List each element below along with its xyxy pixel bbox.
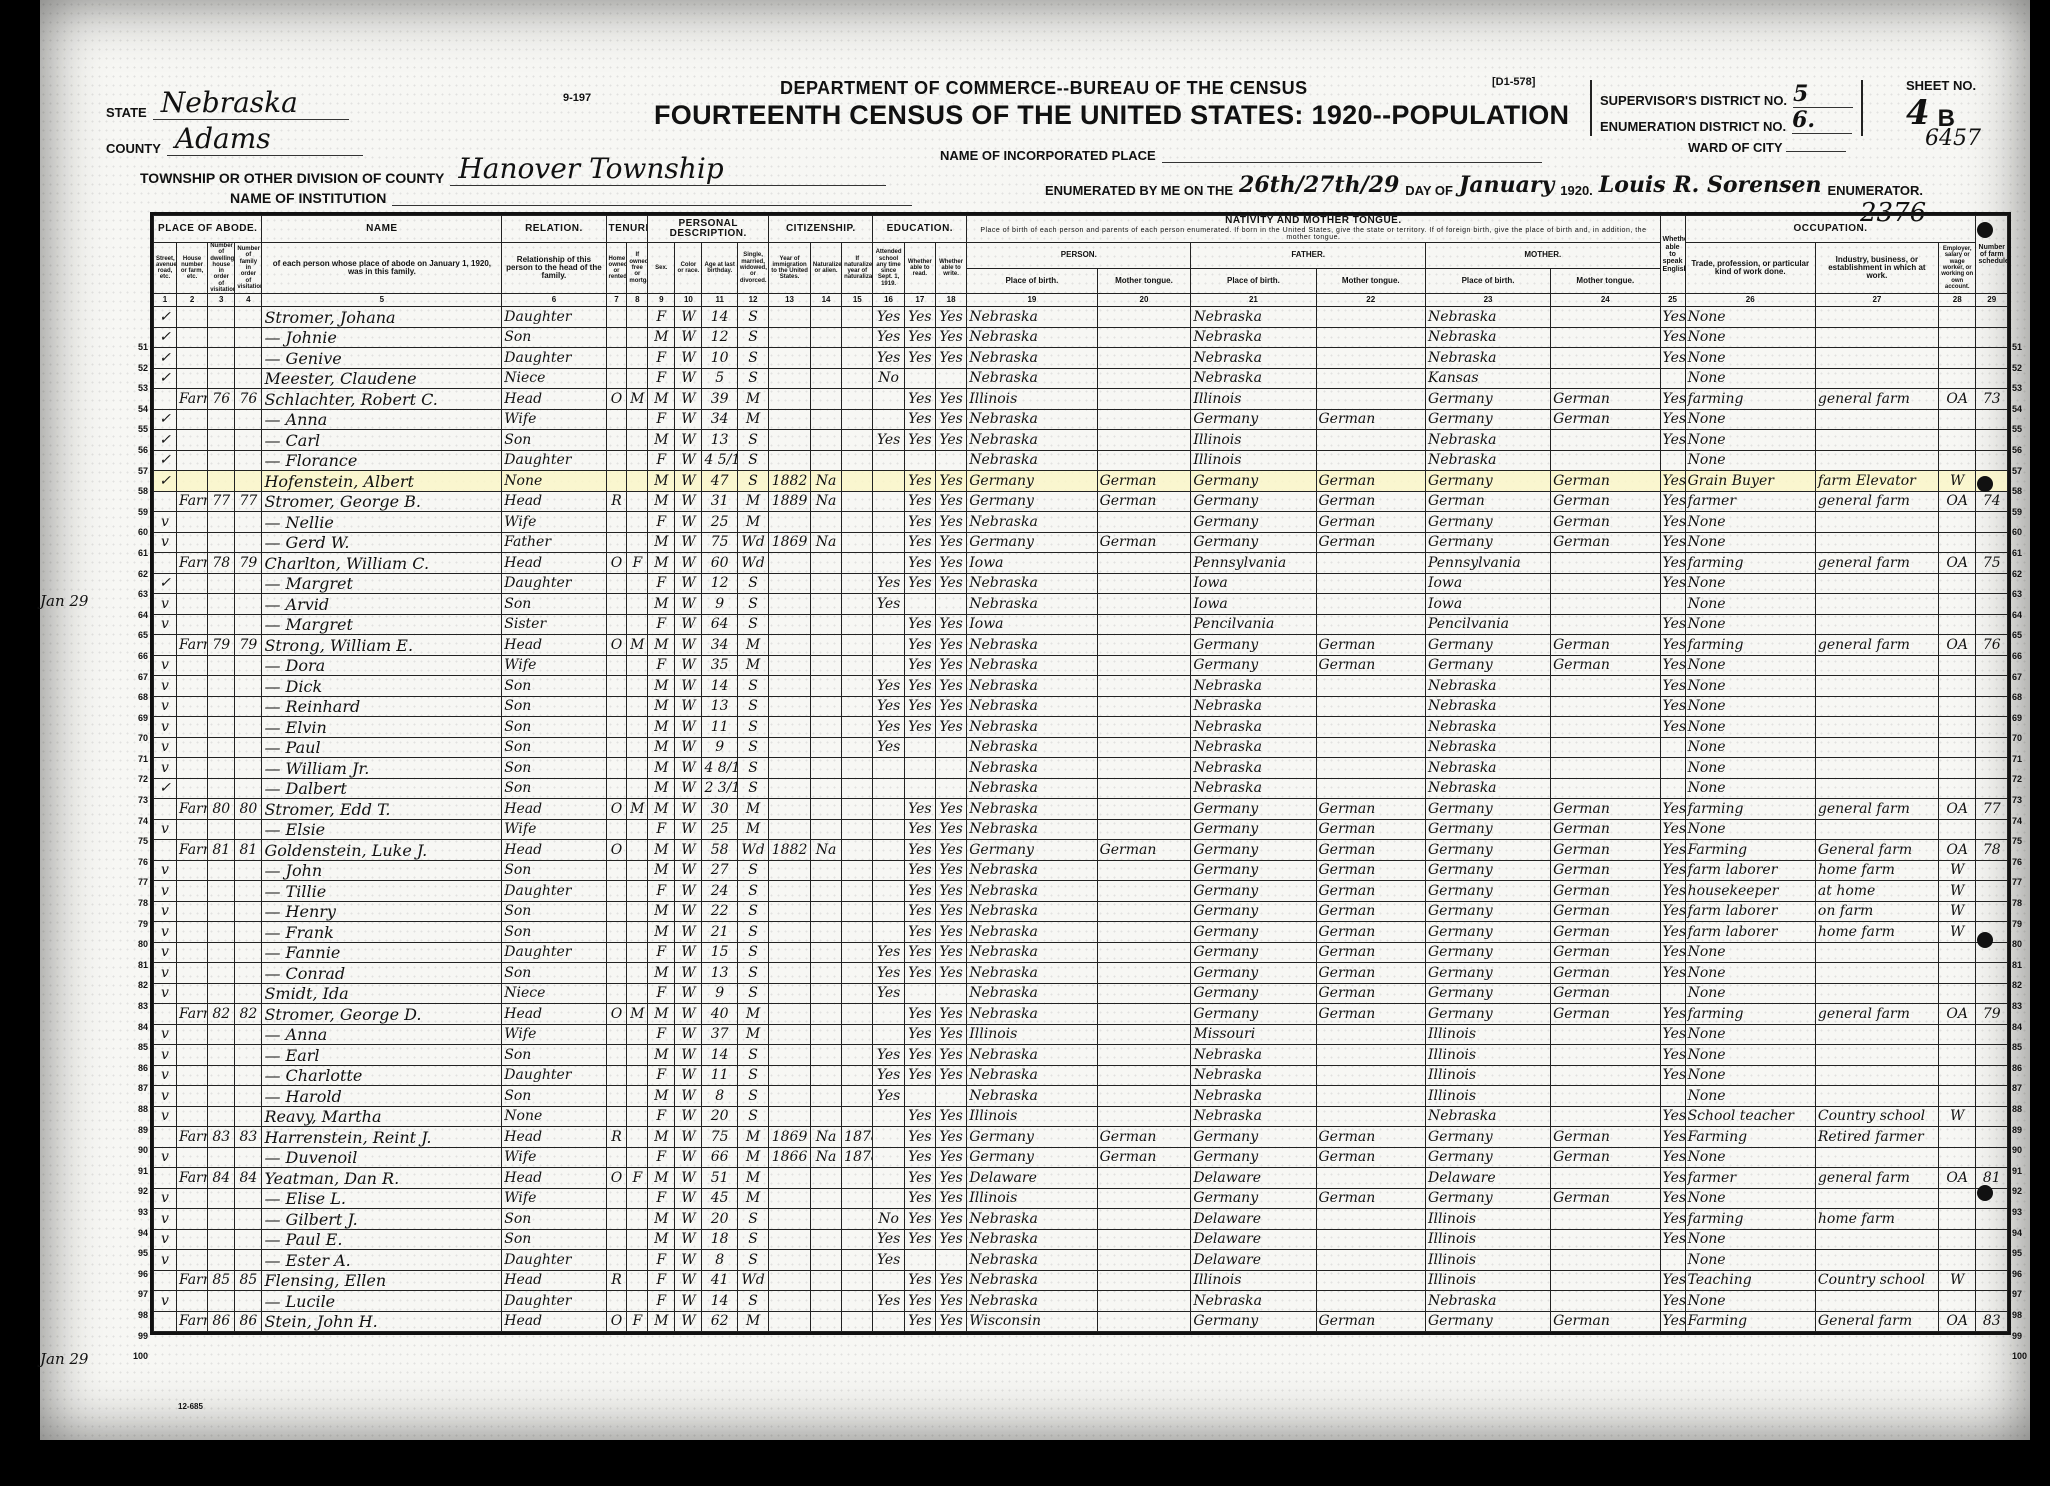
cell-age: 24 <box>702 881 737 902</box>
cell-industry <box>1815 1147 1938 1168</box>
cell-m-pob: Pencilvania <box>1425 614 1550 635</box>
cell-english: Yes <box>1660 389 1685 410</box>
cell-english: Yes <box>1660 512 1685 533</box>
cell-marital: S <box>737 1229 768 1250</box>
cell-marital: S <box>737 573 768 594</box>
line-number: 88 <box>2012 1099 2034 1120</box>
cell-write <box>935 737 966 758</box>
cell-farm <box>1976 901 2008 922</box>
line-number: 67 <box>2012 667 2034 688</box>
cell-house <box>176 819 207 840</box>
cell-farm <box>1976 1147 2008 1168</box>
column-number: 13 <box>769 294 811 307</box>
cell-marital: S <box>737 696 768 717</box>
footer-code: 12-685 <box>178 1402 203 1411</box>
cell-read: Yes <box>904 1270 935 1291</box>
cell-tongue <box>1097 512 1191 533</box>
cell-school <box>873 1311 904 1332</box>
cell-age: 27 <box>702 860 737 881</box>
cell-relation: Wife <box>502 512 606 533</box>
line-number: 76 <box>128 852 148 873</box>
cell-natur <box>810 327 841 348</box>
cell-english: Yes <box>1660 901 1685 922</box>
cell-natyr <box>842 717 873 738</box>
cell-mort <box>627 696 648 717</box>
cell-relation: Son <box>502 963 606 984</box>
cell-trade: None <box>1685 942 1815 963</box>
column-number: 29 <box>1976 294 2008 307</box>
cell-mort <box>627 901 648 922</box>
column-number: 19 <box>967 294 1097 307</box>
cell-industry: general farm <box>1815 799 1938 820</box>
cell-color: W <box>675 430 702 451</box>
cell-color: W <box>675 1168 702 1189</box>
cell-industry: Country school <box>1815 1106 1938 1127</box>
cell-color: W <box>675 1250 702 1271</box>
cell-own <box>606 963 627 984</box>
cell-school: Yes <box>873 676 904 697</box>
cell-industry: home farm <box>1815 1209 1938 1230</box>
cell-color: W <box>675 1229 702 1250</box>
cell-natur <box>810 1229 841 1250</box>
cell-f-tongue: German <box>1316 1188 1425 1209</box>
cell-industry <box>1815 1065 1938 1086</box>
cell-trade: None <box>1685 327 1815 348</box>
cell-industry: on farm <box>1815 901 1938 922</box>
cell-relation: Head <box>502 840 606 861</box>
cell-house <box>176 1250 207 1271</box>
cell-class <box>1938 1209 1976 1230</box>
cell-read: Yes <box>904 696 935 717</box>
header-relation-desc: Relationship of this person to the head … <box>502 243 606 294</box>
cell-write: Yes <box>935 573 966 594</box>
header-write: Whether able to write. <box>935 243 966 294</box>
cell-m-tongue <box>1551 368 1660 389</box>
cell-school: Yes <box>873 348 904 369</box>
cell-street: ✓ <box>154 471 177 492</box>
cell-dwelling <box>208 1106 235 1127</box>
cell-write: Yes <box>935 1045 966 1066</box>
cell-english: Yes <box>1660 696 1685 717</box>
cell-f-pob: Nebraska <box>1191 778 1316 799</box>
cell-class <box>1938 1188 1976 1209</box>
census-rows: ✓Stromer, JohanaDaughterFW14SYesYesYesNe… <box>154 307 2008 1332</box>
cell-tongue <box>1097 1229 1191 1250</box>
cell-street: ✓ <box>154 307 177 328</box>
cell-trade: farmer <box>1685 1168 1815 1189</box>
cell-age: 40 <box>702 1004 737 1025</box>
cell-sex: M <box>648 1168 675 1189</box>
cell-industry <box>1815 1045 1938 1066</box>
cell-sex: F <box>648 614 675 635</box>
cell-trade: farming <box>1685 389 1815 410</box>
cell-name: Reavy, Martha <box>262 1106 502 1127</box>
cell-dwelling <box>208 1209 235 1230</box>
cell-relation: Head <box>502 553 606 574</box>
header-naturalization-year: If naturalized, year of naturalization. <box>842 243 873 294</box>
cell-m-pob: Iowa <box>1425 594 1550 615</box>
cell-school <box>873 450 904 471</box>
cell-trade: None <box>1685 1065 1815 1086</box>
cell-write: Yes <box>935 676 966 697</box>
cell-school: Yes <box>873 1065 904 1086</box>
cell-f-tongue <box>1316 1209 1425 1230</box>
cell-f-pob: Germany <box>1191 1127 1316 1148</box>
enumeration-district-value: 6. <box>1792 107 1852 134</box>
cell-pob: Nebraska <box>967 737 1097 758</box>
cell-pob: Iowa <box>967 553 1097 574</box>
header-industry: Industry, business, or establishment in … <box>1815 243 1938 294</box>
table-row: Farm8080Stromer, Edd T.HeadOMMW30MYesYes… <box>154 799 2008 820</box>
cell-f-pob: Iowa <box>1191 594 1316 615</box>
cell-natyr <box>842 573 873 594</box>
cell-m-pob: Germany <box>1425 819 1550 840</box>
cell-natur <box>810 389 841 410</box>
cell-street: v <box>154 655 177 676</box>
cell-english: Yes <box>1660 1024 1685 1045</box>
cell-natyr <box>842 942 873 963</box>
cell-mort <box>627 1270 648 1291</box>
cell-dwelling <box>208 430 235 451</box>
cell-natur <box>810 1045 841 1066</box>
cell-english: Yes <box>1660 1291 1685 1312</box>
cell-own <box>606 512 627 533</box>
cell-farm <box>1976 614 2008 635</box>
cell-f-pob: Germany <box>1191 840 1316 861</box>
cell-family <box>235 1065 262 1086</box>
cell-color: W <box>675 1086 702 1107</box>
cell-mort <box>627 676 648 697</box>
cell-name: Harrenstein, Reint J. <box>262 1127 502 1148</box>
cell-f-pob: Nebraska <box>1191 348 1316 369</box>
cell-english <box>1660 758 1685 779</box>
cell-tongue <box>1097 1024 1191 1045</box>
table-row: v— AnnaWifeFW37MYesYesIllinoisMissouriIl… <box>154 1024 2008 1045</box>
column-number: 8 <box>627 294 648 307</box>
cell-class <box>1938 1147 1976 1168</box>
cell-m-pob: Germany <box>1425 409 1550 430</box>
cell-industry <box>1815 942 1938 963</box>
line-number: 86 <box>2012 1058 2034 1079</box>
cell-farm: 79 <box>1976 1004 2008 1025</box>
cell-pob: Nebraska <box>967 594 1097 615</box>
cell-tongue <box>1097 1168 1191 1189</box>
cell-school <box>873 860 904 881</box>
cell-english <box>1660 778 1685 799</box>
cell-tongue <box>1097 819 1191 840</box>
cell-own <box>606 1188 627 1209</box>
cell-street: ✓ <box>154 327 177 348</box>
line-number: 95 <box>2012 1243 2034 1264</box>
cell-color: W <box>675 676 702 697</box>
cell-class <box>1938 758 1976 779</box>
cell-color: W <box>675 348 702 369</box>
line-number: 68 <box>2012 687 2034 708</box>
cell-sex: M <box>648 1004 675 1025</box>
cell-relation: Wife <box>502 1024 606 1045</box>
line-number: 70 <box>2012 728 2034 749</box>
cell-own <box>606 676 627 697</box>
cell-f-pob: Nebraska <box>1191 717 1316 738</box>
cell-relation: Head <box>502 491 606 512</box>
cell-write <box>935 450 966 471</box>
table-row: Farm8181Goldenstein, Luke J.HeadOMW58Wd1… <box>154 840 2008 861</box>
cell-farm <box>1976 1086 2008 1107</box>
header-owned: Home owned or rented. <box>606 243 627 294</box>
cell-write: Yes <box>935 1291 966 1312</box>
cell-industry <box>1815 532 1938 553</box>
cell-sex: M <box>648 1229 675 1250</box>
line-number: 68 <box>128 687 148 708</box>
cell-f-pob: Germany <box>1191 655 1316 676</box>
page-title: FOURTEENTH CENSUS OF THE UNITED STATES: … <box>654 100 1569 131</box>
cell-trade: None <box>1685 1229 1815 1250</box>
cell-natyr <box>842 348 873 369</box>
line-number: 100 <box>2012 1346 2034 1367</box>
cell-age: 25 <box>702 819 737 840</box>
cell-age: 8 <box>702 1086 737 1107</box>
table-row: Farm8484Yeatman, Dan R.HeadOFMW51MYesYes… <box>154 1168 2008 1189</box>
line-number: 83 <box>2012 996 2034 1017</box>
line-number: 87 <box>128 1078 148 1099</box>
cell-house <box>176 881 207 902</box>
cell-english: Yes <box>1660 307 1685 328</box>
line-number: 73 <box>2012 790 2034 811</box>
cell-farm: 78 <box>1976 840 2008 861</box>
cell-farm <box>1976 1045 2008 1066</box>
cell-family <box>235 368 262 389</box>
cell-name: — Elise L. <box>262 1188 502 1209</box>
cell-house <box>176 655 207 676</box>
cell-farm <box>1976 860 2008 881</box>
line-number: 74 <box>128 811 148 832</box>
line-number: 88 <box>128 1099 148 1120</box>
cell-m-pob: Germany <box>1425 1127 1550 1148</box>
cell-class: OA <box>1938 635 1976 656</box>
cell-trade: None <box>1685 819 1815 840</box>
cell-write: Yes <box>935 1270 966 1291</box>
cell-pob: Nebraska <box>967 819 1097 840</box>
cell-farm <box>1976 963 2008 984</box>
cell-write: Yes <box>935 799 966 820</box>
census-table: PLACE OF ABODE. NAME RELATION. TENURE. P… <box>150 212 2011 1335</box>
cell-school <box>873 532 904 553</box>
cell-natyr <box>842 922 873 943</box>
cell-age: 4 8/12 <box>702 758 737 779</box>
cell-f-tongue: German <box>1316 860 1425 881</box>
cell-trade: None <box>1685 696 1815 717</box>
cell-m-tongue <box>1551 1045 1660 1066</box>
cell-color: W <box>675 307 702 328</box>
cell-natur: Na <box>810 1147 841 1168</box>
film-number: 6457 <box>1925 126 1981 151</box>
cell-relation: Wife <box>502 655 606 676</box>
cell-m-tongue: German <box>1551 881 1660 902</box>
cell-family <box>235 594 262 615</box>
column-number: 28 <box>1938 294 1976 307</box>
cell-m-pob: Germany <box>1425 860 1550 881</box>
cell-marital: S <box>737 1045 768 1066</box>
cell-tongue <box>1097 594 1191 615</box>
cell-street: v <box>154 1209 177 1230</box>
cell-house <box>176 327 207 348</box>
cell-relation: Daughter <box>502 1291 606 1312</box>
cell-house <box>176 532 207 553</box>
cell-write: Yes <box>935 1188 966 1209</box>
cell-natur: Na <box>810 840 841 861</box>
cell-f-tongue <box>1316 696 1425 717</box>
cell-street: v <box>154 983 177 1004</box>
cell-dwelling <box>208 594 235 615</box>
state-county-block: STATENebraska COUNTYAdams <box>106 86 363 158</box>
column-number: 24 <box>1551 294 1660 307</box>
cell-f-tongue: German <box>1316 471 1425 492</box>
cell-m-pob: Germany <box>1425 901 1550 922</box>
cell-class <box>1938 327 1976 348</box>
cell-own <box>606 1250 627 1271</box>
cell-dwelling <box>208 655 235 676</box>
cell-sex: M <box>648 1209 675 1230</box>
cell-read: Yes <box>904 963 935 984</box>
cell-mort <box>627 1024 648 1045</box>
cell-natur <box>810 430 841 451</box>
ward-label: WARD OF CITY <box>1688 140 1782 155</box>
cell-house: Farm <box>176 491 207 512</box>
cell-mort <box>627 942 648 963</box>
cell-natyr <box>842 327 873 348</box>
cell-read <box>904 368 935 389</box>
cell-natyr <box>842 901 873 922</box>
cell-age: 15 <box>702 942 737 963</box>
cell-marital: M <box>737 409 768 430</box>
cell-f-tongue <box>1316 450 1425 471</box>
cell-m-pob: Germany <box>1425 840 1550 861</box>
cell-street: v <box>154 1250 177 1271</box>
cell-tongue <box>1097 1188 1191 1209</box>
cell-age: 22 <box>702 901 737 922</box>
cell-trade: None <box>1685 1250 1815 1271</box>
cell-family <box>235 1250 262 1271</box>
header-class: Employer, salary or wage worker, or work… <box>1938 243 1976 294</box>
cell-relation: Daughter <box>502 450 606 471</box>
header-color: Color or race. <box>675 243 702 294</box>
cell-m-pob: Illinois <box>1425 1229 1550 1250</box>
cell-write: Yes <box>935 614 966 635</box>
cell-marital: S <box>737 368 768 389</box>
cell-natur: Na <box>810 1127 841 1148</box>
cell-immig <box>769 389 811 410</box>
cell-color: W <box>675 409 702 430</box>
cell-relation: Head <box>502 1127 606 1148</box>
cell-school: Yes <box>873 963 904 984</box>
cell-read: Yes <box>904 1147 935 1168</box>
cell-m-pob: Germany <box>1425 532 1550 553</box>
cell-sex: M <box>648 430 675 451</box>
cell-immig <box>769 942 811 963</box>
cell-farm: 83 <box>1976 1311 2008 1332</box>
column-number: 14 <box>810 294 841 307</box>
cell-natur <box>810 676 841 697</box>
header-person-tongue: Mother tongue. <box>1097 268 1191 294</box>
cell-mort <box>627 450 648 471</box>
cell-f-tongue <box>1316 778 1425 799</box>
cell-street: ✓ <box>154 450 177 471</box>
cell-write <box>935 758 966 779</box>
cell-school <box>873 819 904 840</box>
cell-m-tongue <box>1551 1270 1660 1291</box>
cell-own <box>606 1045 627 1066</box>
cell-color: W <box>675 819 702 840</box>
cell-mort <box>627 573 648 594</box>
cell-english: Yes <box>1660 1270 1685 1291</box>
cell-f-pob: Nebraska <box>1191 327 1316 348</box>
cell-m-pob: Illinois <box>1425 1065 1550 1086</box>
column-number: 16 <box>873 294 904 307</box>
cell-age: 12 <box>702 327 737 348</box>
cell-sex: M <box>648 737 675 758</box>
line-number: 98 <box>128 1305 148 1326</box>
cell-house: Farm <box>176 1168 207 1189</box>
table-row: v— ReinhardSonMW13SYesYesYesNebraskaNebr… <box>154 696 2008 717</box>
cell-tongue <box>1097 1045 1191 1066</box>
cell-color: W <box>675 532 702 553</box>
cell-trade: farming <box>1685 635 1815 656</box>
cell-immig: 1882 <box>769 471 811 492</box>
cell-tongue <box>1097 1311 1191 1332</box>
cell-age: 58 <box>702 840 737 861</box>
cell-family: 79 <box>235 635 262 656</box>
cell-m-pob: Illinois <box>1425 1270 1550 1291</box>
form-number: 9-197 <box>563 92 591 104</box>
cell-relation: Head <box>502 1270 606 1291</box>
cell-age: 4 5/12 <box>702 450 737 471</box>
cell-own <box>606 327 627 348</box>
line-number: 66 <box>128 646 148 667</box>
cell-house <box>176 942 207 963</box>
cell-m-tongue: German <box>1551 963 1660 984</box>
cell-street <box>154 799 177 820</box>
cell-write: Yes <box>935 819 966 840</box>
cell-natur <box>810 348 841 369</box>
cell-f-tongue: German <box>1316 532 1425 553</box>
cell-write <box>935 594 966 615</box>
cell-natur <box>810 963 841 984</box>
cell-farm <box>1976 450 2008 471</box>
margin-note-date-2: Jan 29 <box>40 1350 88 1368</box>
cell-read: Yes <box>904 389 935 410</box>
cell-industry: general farm <box>1815 1168 1938 1189</box>
cell-natyr <box>842 553 873 574</box>
cell-class: OA <box>1938 799 1976 820</box>
cell-m-tongue: German <box>1551 1127 1660 1148</box>
line-number: 89 <box>128 1120 148 1141</box>
cell-street: v <box>154 1188 177 1209</box>
cell-sex: F <box>648 348 675 369</box>
column-number: 7 <box>606 294 627 307</box>
cell-street: v <box>154 1065 177 1086</box>
header-house: House number or farm, etc. <box>176 243 207 294</box>
line-number: 94 <box>128 1223 148 1244</box>
cell-relation: Head <box>502 799 606 820</box>
cell-natur <box>810 901 841 922</box>
cell-f-tongue <box>1316 737 1425 758</box>
line-number: 83 <box>128 996 148 1017</box>
line-number: 89 <box>2012 1120 2034 1141</box>
cell-name: Stromer, George B. <box>262 491 502 512</box>
cell-m-pob: Germany <box>1425 389 1550 410</box>
cell-write: Yes <box>935 1024 966 1045</box>
cell-farm: 75 <box>1976 553 2008 574</box>
